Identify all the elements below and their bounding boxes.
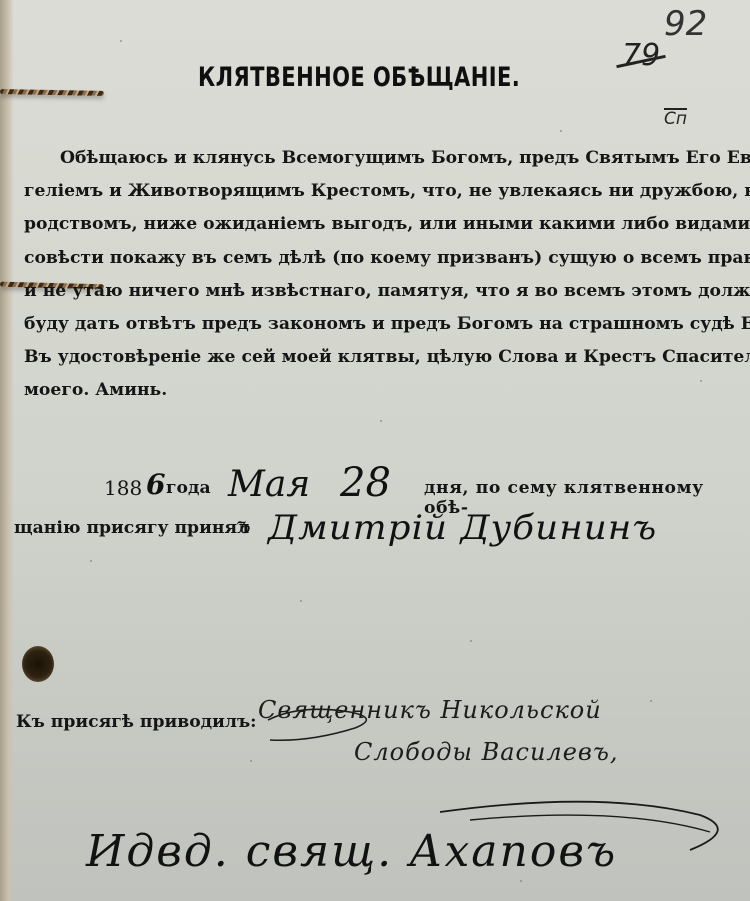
priest-signature: Идвд. свящ. Ахаповъ <box>86 826 617 877</box>
page-number-current: 92 <box>664 4 707 44</box>
small-archive-mark: Сп <box>664 108 687 128</box>
binding-hole <box>22 646 54 682</box>
oath-text: Обѣщаюсь и клянусь Всемогущимъ Богомъ, п… <box>24 142 719 408</box>
month-handwritten: Мая <box>228 464 310 505</box>
accepted-label: щанію присягу принял <box>14 518 249 538</box>
priest-handwritten-line1: Священникъ Никольской <box>258 696 602 724</box>
oath-line: и не утаю ничего мнѣ извѣстнаго, памятуя… <box>24 275 719 308</box>
oath-line: совѣсти покажу въ семъ дѣлѣ (по коему пр… <box>24 242 719 275</box>
oath-line: буду дать отвѣтъ предъ закономъ и предъ … <box>24 308 719 341</box>
page-number-crossed: 79 <box>622 38 660 73</box>
date-line: 188 6 года Мая 28 дня, по сему клятвенно… <box>0 468 750 548</box>
oath-line: Въ удостовѣреніе же сей моей клятвы, цѣл… <box>24 341 719 374</box>
document-title: КЛЯТВЕННОЕ ОБѢЩАНІЕ. <box>198 62 520 93</box>
oath-line: родствомъ, ниже ожиданіемъ выгодъ, или и… <box>24 208 719 241</box>
year-handwritten-digit: 6 <box>146 468 165 501</box>
accepted-suffix: ъ <box>236 514 251 539</box>
administered-by-label: Къ присягѣ приводилъ: <box>16 712 257 732</box>
day-handwritten: 28 <box>340 460 391 506</box>
binding-thread-top <box>0 89 104 96</box>
priest-handwritten-line2: Слободы Василевъ, <box>354 738 619 766</box>
oath-taker-signature: Дмитрій Дубининъ <box>268 508 657 548</box>
page-binding-edge <box>0 0 14 901</box>
oath-line: моего. Аминь. <box>24 374 719 407</box>
oath-line: геліемъ и Животворящимъ Крестомъ, что, н… <box>24 175 719 208</box>
year-label: года <box>166 478 211 498</box>
oath-line: Обѣщаюсь и клянусь Всемогущимъ Богомъ, п… <box>24 142 719 175</box>
year-printed: 188 <box>104 476 142 500</box>
